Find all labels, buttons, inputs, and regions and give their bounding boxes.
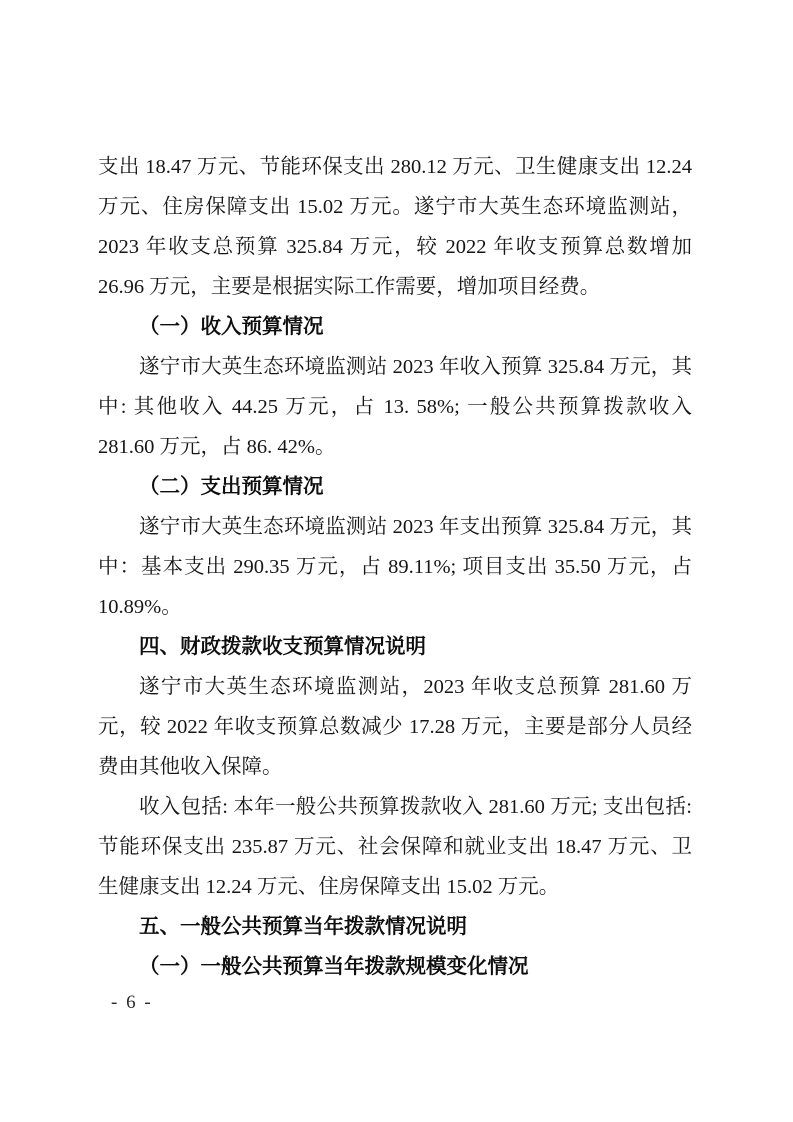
- document-page: 支出 18.47 万元、节能环保支出 280.12 万元、卫生健康支出 12.2…: [0, 0, 793, 1122]
- document-content: 支出 18.47 万元、节能环保支出 280.12 万元、卫生健康支出 12.2…: [98, 147, 692, 987]
- heading-section-four-fiscal-appropriation: 四、财政拨款收支预算情况说明: [98, 627, 692, 667]
- heading-section-five-general-public-budget: 五、一般公共预算当年拨款情况说明: [98, 907, 692, 947]
- heading-expenditure-budget: （二）支出预算情况: [98, 467, 692, 507]
- paragraph-fiscal-appropriation-total: 遂宁市大英生态环境监测站，2023 年收支总预算 281.60 万元，较 202…: [98, 667, 692, 787]
- paragraph-income-expenditure-breakdown: 收入包括: 本年一般公共预算拨款收入 281.60 万元; 支出包括: 节能环保…: [98, 787, 692, 907]
- heading-income-budget: （一）收入预算情况: [98, 307, 692, 347]
- paragraph-income-budget-detail: 遂宁市大英生态环境监测站 2023 年收入预算 325.84 万元，其中: 其他…: [98, 347, 692, 467]
- heading-appropriation-scale-change: （一）一般公共预算当年拨款规模变化情况: [98, 947, 692, 987]
- paragraph-budget-overview-continuation: 支出 18.47 万元、节能环保支出 280.12 万元、卫生健康支出 12.2…: [98, 147, 692, 307]
- paragraph-expenditure-budget-detail: 遂宁市大英生态环境监测站 2023 年支出预算 325.84 万元，其中：基本支…: [98, 507, 692, 627]
- page-number: - 6 -: [111, 990, 153, 1016]
